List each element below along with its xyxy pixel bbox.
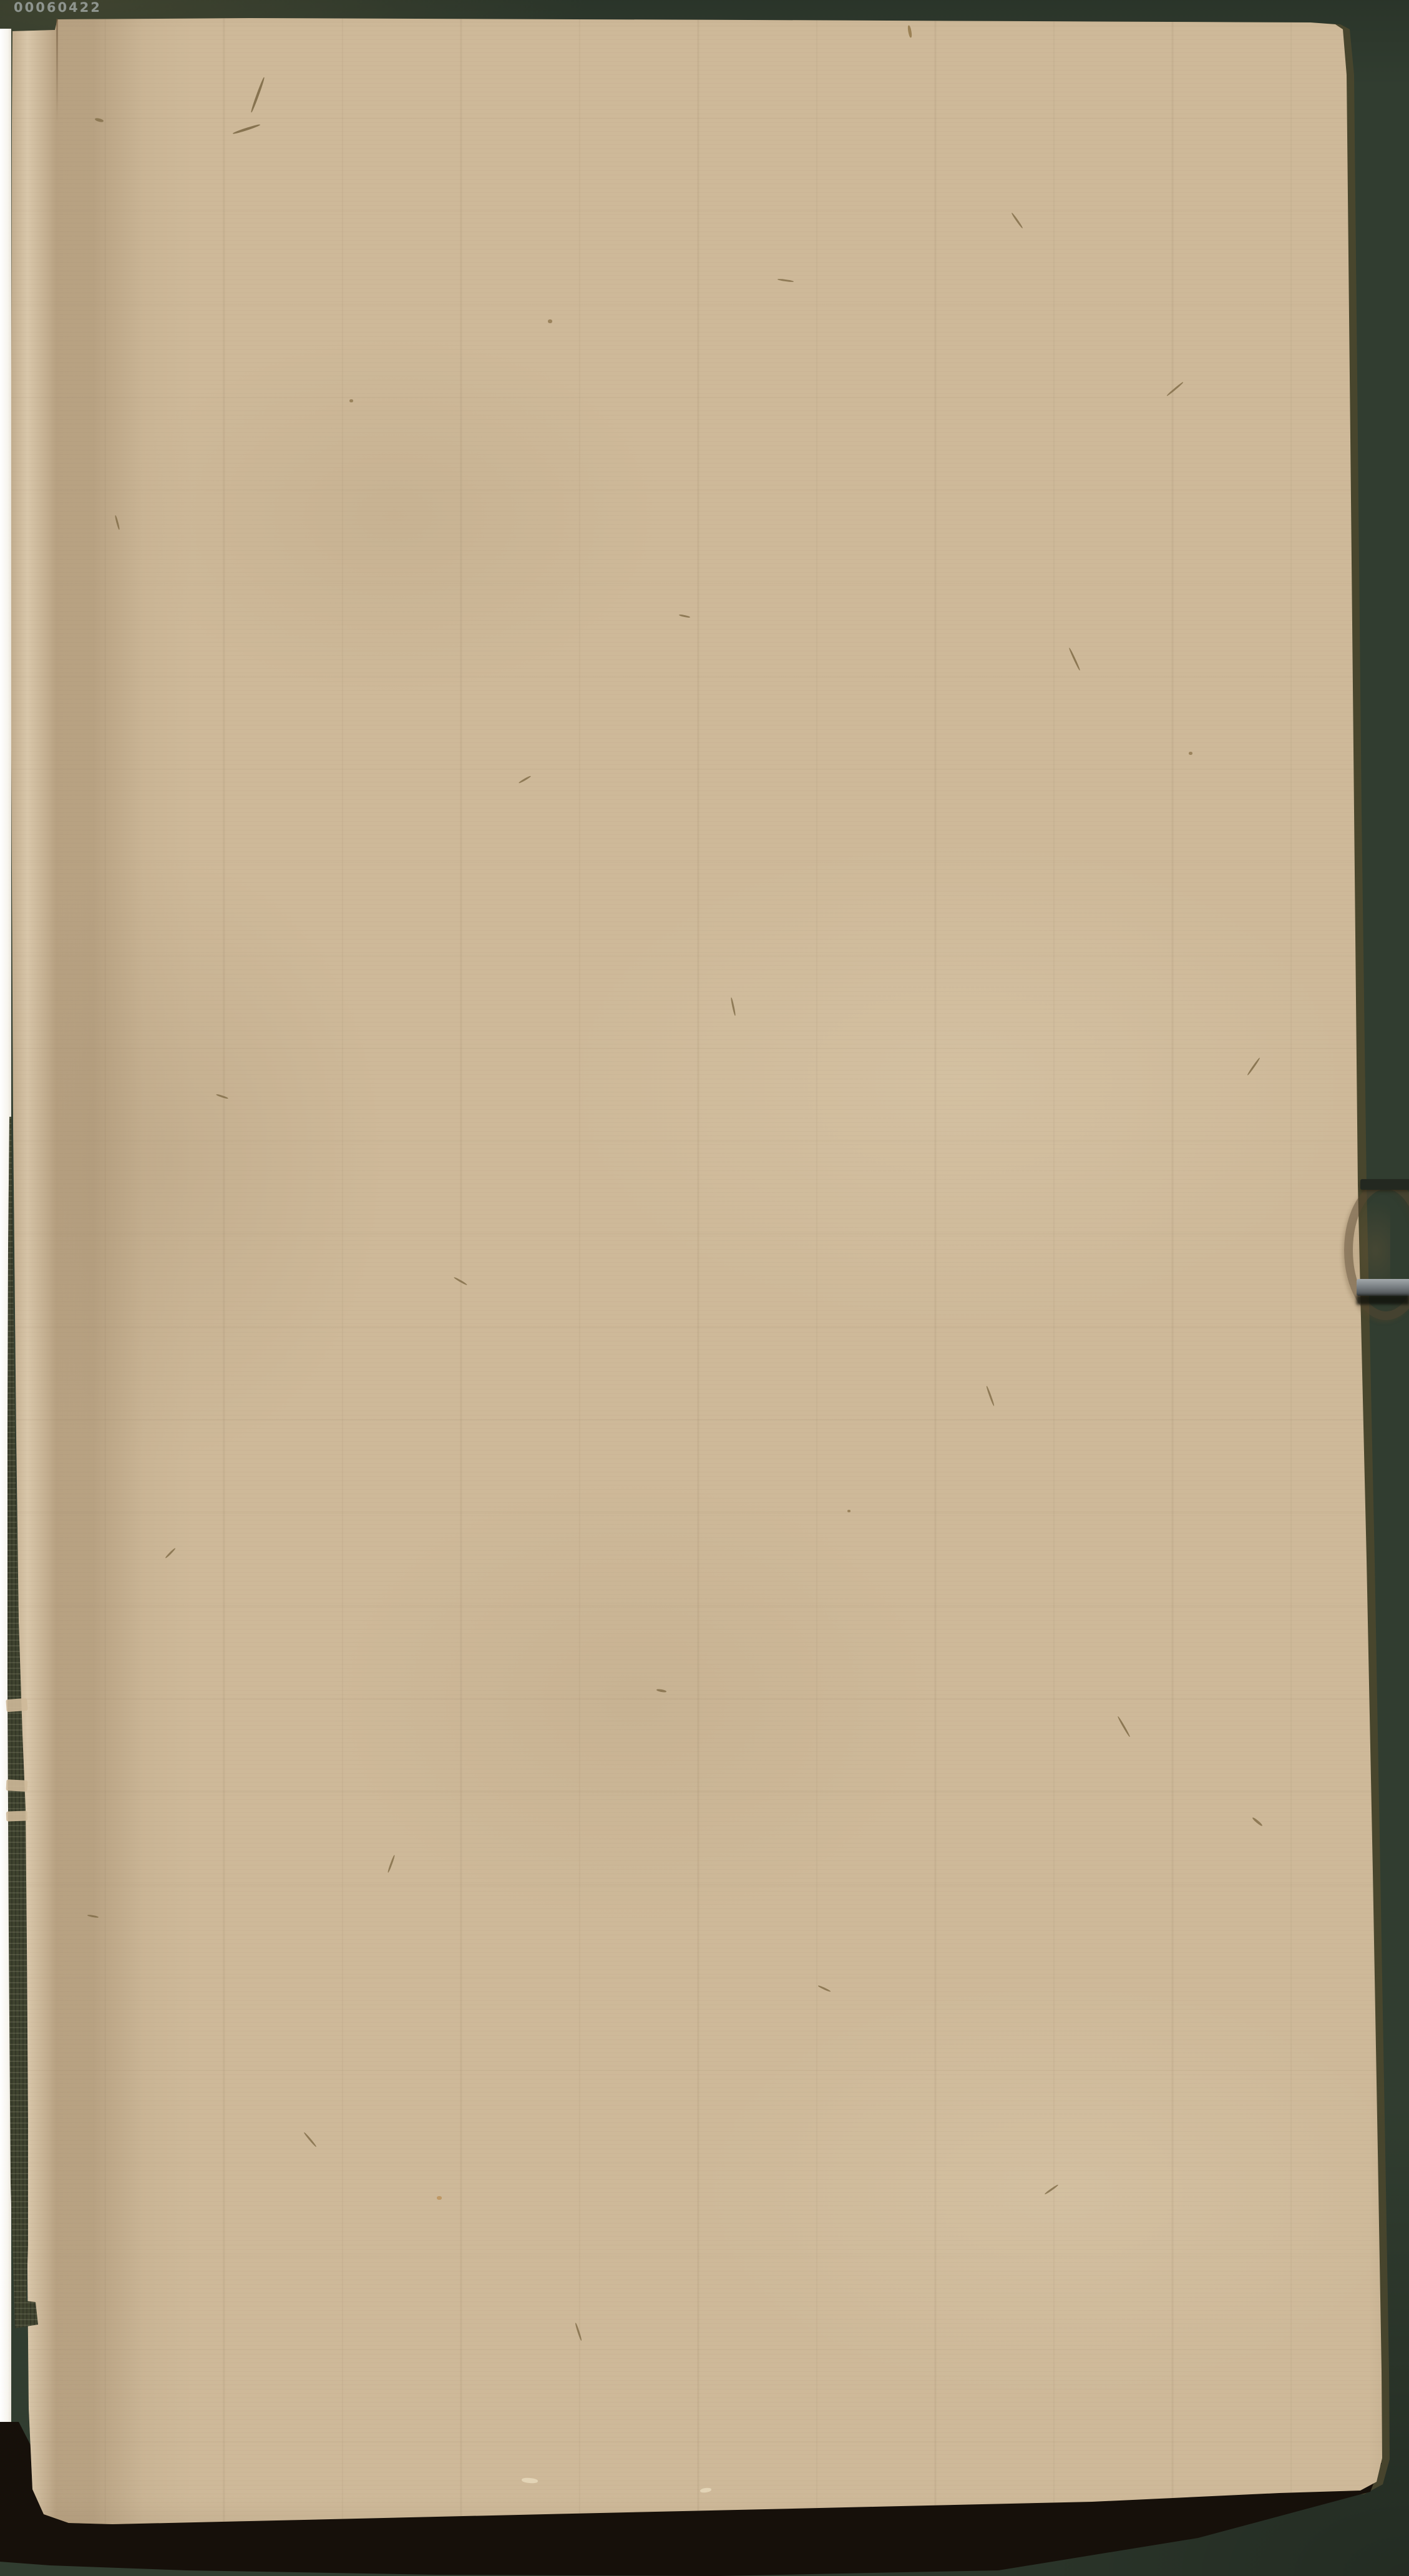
scanned-book-photo: 00060422 (0, 0, 1409, 2576)
clasp-bottom-bar (1357, 1279, 1409, 1296)
metal-clasp (0, 0, 1409, 2576)
clasp-top-bar (1360, 1179, 1409, 1190)
clasp-bar-shadow (1357, 1295, 1409, 1305)
